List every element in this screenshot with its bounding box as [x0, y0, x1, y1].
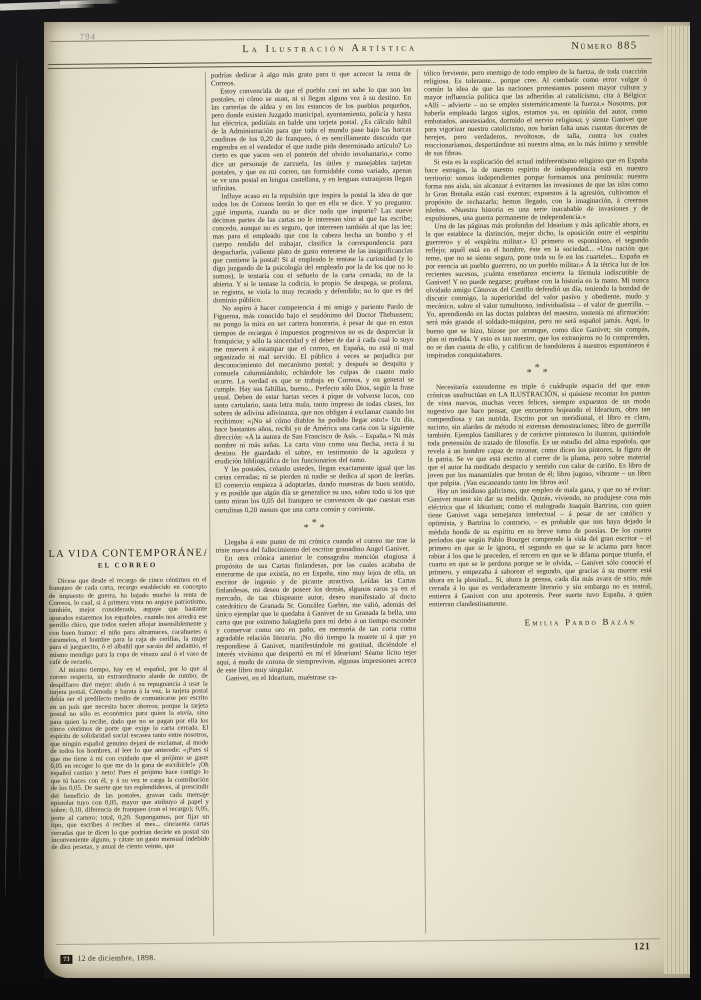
column-3-text: tólico ferviente, pero enemigo de todo e… [424, 67, 655, 935]
binding-edge-line [19, 90, 28, 880]
article-paragraph: Ganivet, en el Idearium, muéstrase ca- [217, 673, 417, 683]
column-1: LA VIDA CONTEMPORÁNEA EL CORREO Dícese q… [44, 72, 210, 939]
article-paragraph: tólico ferviente, pero enemigo de todo e… [424, 67, 648, 158]
column-1-text: Dícese que desde el recargo de cinco cén… [49, 576, 210, 852]
publication-title: La Ilustración Artística [190, 42, 470, 56]
article-title: LA VIDA CONTEMPORÁNEA [48, 550, 206, 559]
article-paragraph: Hay un insidioso galicismo, que empleo d… [428, 486, 652, 609]
scanned-magazine-page: { "scan": { "folio_ghost": "794" }, "hea… [0, 0, 701, 1000]
section-break-ornament: ** * [215, 519, 415, 532]
article-paragraph: Estoy convencida de que el pueblo casi n… [211, 86, 412, 193]
article-paragraph: Dícese que desde el recargo de cinco cén… [49, 576, 208, 666]
footer-rule [56, 938, 660, 945]
footer-badge: 73 [60, 955, 72, 964]
magazine-page: 794 La Ilustración Artística Número 885 … [44, 22, 690, 978]
scan-glare-artifact [60, 0, 120, 5]
article-paragraph: podrías dedicar á algo más grato para ti… [211, 70, 411, 88]
article-paragraph: Y las postales, créanlo ustedes, llegan … [215, 464, 415, 514]
author-signature: Emilia Pardo Bazán [429, 617, 652, 627]
article-subtitle: EL CORREO [49, 562, 207, 571]
header-top-rule [50, 35, 650, 42]
article-paragraph: Influye acaso en la repulsión que inspir… [212, 190, 413, 305]
section-break-ornament: ** * [427, 364, 650, 377]
page-folio: 121 [634, 941, 651, 952]
facing-page-folio: 794 [79, 32, 96, 42]
article-paragraph: Necesitaría extenderme en triple ó cuádr… [427, 381, 651, 488]
article-paragraph: Llegaba á este punto de mi crónica cuand… [215, 536, 415, 554]
binding-edge-line [4, 60, 18, 900]
footer-date: 12 de diciembre, 1898. [77, 953, 155, 963]
article-paragraph: Si esta es la explicación del actual ind… [425, 156, 649, 223]
article-paragraph: En otra crónica anterior le consagraba m… [216, 552, 417, 675]
issue-number: Número 885 [571, 40, 637, 52]
blank-area [44, 72, 207, 551]
article-paragraph: Al mismo tiempo, hay en el español, por … [50, 665, 210, 852]
page-content: 794 La Ilustración Artística Número 885 … [39, 19, 694, 981]
column-2-text: podrías dedicar á algo más grato para ti… [211, 70, 419, 938]
article-paragraph: Una de las páginas más profundas del Ide… [425, 220, 649, 359]
article-paragraph: No aspiro á hacer competencia á mi amigo… [213, 303, 415, 466]
